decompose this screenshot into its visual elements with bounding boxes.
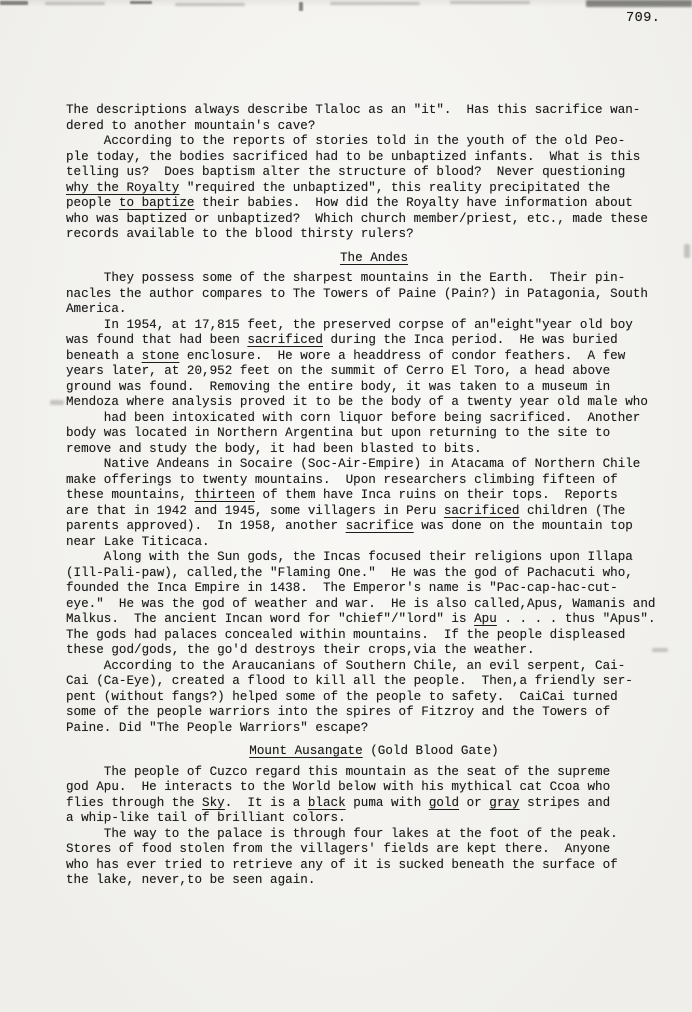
text-line: why the Royalty "required the unbaptized… [66, 181, 662, 197]
scan-artifact [50, 400, 64, 405]
text-run: America. [66, 302, 126, 316]
text-run: these god/gods, the go'd destroys their … [66, 643, 535, 657]
text-run: eye." He was the god of weather and war.… [66, 597, 655, 611]
underlined-text: Apu [474, 612, 497, 626]
text-line: body was located in Northern Argentina b… [66, 426, 662, 442]
text-run: Along with the Sun gods, the Incas focus… [66, 550, 633, 564]
text-run: are that in 1942 and 1945, some villager… [66, 504, 444, 518]
text-run: make offerings to twenty mountains. Upon… [66, 473, 618, 487]
paragraph: They possess some of the sharpest mounta… [66, 271, 662, 318]
text-run: . It is a [225, 796, 308, 810]
underlined-text: sacrificed [444, 504, 520, 518]
scan-artifact [175, 3, 245, 6]
text-line: Stores of food stolen from the villagers… [66, 842, 662, 858]
text-line: In 1954, at 17,815 feet, the preserved c… [66, 318, 662, 334]
text-line: was found that had been sacrificed durin… [66, 333, 662, 349]
underlined-text: to baptize [119, 196, 195, 210]
text-run: The gods had palaces concealed within mo… [66, 628, 625, 642]
text-line: Paine. Did "The People Warriors" escape? [66, 721, 662, 737]
text-run: They possess some of the sharpest mounta… [66, 271, 625, 285]
text-line: eye." He was the god of weather and war.… [66, 597, 662, 613]
section-heading: Mount Ausangate (Gold Blood Gate) [76, 744, 672, 760]
scan-artifact [45, 2, 105, 5]
text-line: some of the people warriors into the spi… [66, 705, 662, 721]
text-run: had been intoxicated with corn liquor be… [66, 411, 640, 425]
scan-artifact [450, 1, 530, 4]
text-line: telling us? Does baptism alter the struc… [66, 165, 662, 181]
text-line: flies through the Sky. It is a black pum… [66, 796, 662, 812]
text-line: Cai (Ca-Eye), created a flood to kill al… [66, 674, 662, 690]
text-run: body was located in Northern Argentina b… [66, 426, 610, 440]
text-run: during the Inca period. He was buried [323, 333, 618, 347]
underlined-text: sacrificed [247, 333, 323, 347]
underlined-text: sacrifice [346, 519, 414, 533]
paragraph: According to the reports of stories told… [66, 134, 662, 243]
underlined-text: why the Royalty [66, 181, 179, 195]
text-line: The gods had palaces concealed within mo… [66, 628, 662, 644]
text-line: The descriptions always describe Tlaloc … [66, 103, 662, 119]
text-line: parents approved). In 1958, another sacr… [66, 519, 662, 535]
underlined-text: Sky [202, 796, 225, 810]
paragraph: The descriptions always describe Tlaloc … [66, 103, 662, 134]
text-run: Paine. Did "The People Warriors" escape? [66, 721, 368, 735]
text-run: telling us? Does baptism alter the struc… [66, 165, 625, 179]
text-run: parents approved). In 1958, another [66, 519, 346, 533]
text-line: nacles the author compares to The Towers… [66, 287, 662, 303]
text-run: their babies. How did the Royalty have i… [194, 196, 632, 210]
text-line: America. [66, 302, 662, 318]
text-run: stripes and [520, 796, 611, 810]
text-run: Stores of food stolen from the villagers… [66, 842, 610, 856]
text-run: Malkus. The ancient Incan word for "chie… [66, 612, 474, 626]
text-line: beneath a stone enclosure. He wore a hea… [66, 349, 662, 365]
text-line: pent (without fangs?) helped some of the… [66, 690, 662, 706]
text-run: remove and study the body, it had been b… [66, 442, 482, 456]
scan-artifact [586, 0, 692, 7]
text-line: these god/gods, the go'd destroys their … [66, 643, 662, 659]
underlined-text: Mount Ausangate [249, 744, 362, 758]
text-run: flies through the [66, 796, 202, 810]
text-line: years later, at 20,952 feet on the summi… [66, 364, 662, 380]
text-run: of them have Inca ruins on their tops. R… [255, 488, 618, 502]
text-line: Along with the Sun gods, the Incas focus… [66, 550, 662, 566]
text-run: or [459, 796, 489, 810]
page-number: 709. [626, 11, 660, 26]
text-line: They possess some of the sharpest mounta… [66, 271, 662, 287]
text-run: . . . . thus "Apus". [497, 612, 656, 626]
text-run: years later, at 20,952 feet on the summi… [66, 364, 610, 378]
text-run: enclosure. He wore a headdress of condor… [179, 349, 625, 363]
text-run: In 1954, at 17,815 feet, the preserved c… [66, 318, 633, 332]
paragraph: The way to the palace is through four la… [66, 827, 662, 889]
underlined-text: gray [489, 796, 519, 810]
text-run: Native Andeans in Socaire (Soc-Air-Empir… [66, 457, 640, 471]
heading-line: The Andes [76, 251, 672, 267]
text-line: Native Andeans in Socaire (Soc-Air-Empir… [66, 457, 662, 473]
text-line: founded the Inca Empire in 1438. The Emp… [66, 581, 662, 597]
paragraph: According to the Araucanians of Southern… [66, 659, 662, 737]
text-run: founded the Inca Empire in 1438. The Emp… [66, 581, 618, 595]
scan-artifact [0, 1, 28, 5]
text-line: the lake, never,to be seen again. [66, 873, 662, 889]
text-run: The way to the palace is through four la… [66, 827, 618, 841]
text-run: Mendoza where analysis proved it to be t… [66, 395, 648, 409]
text-run: "required the unbaptized", this reality … [179, 181, 610, 195]
text-line: ground was found. Removing the entire bo… [66, 380, 662, 396]
text-line: The people of Cuzco regard this mountain… [66, 765, 662, 781]
text-run: near Lake Titicaca. [66, 535, 210, 549]
text-run: was found that had been [66, 333, 247, 347]
text-line: Malkus. The ancient Incan word for "chie… [66, 612, 662, 628]
text-run: dered to another mountain's cave? [66, 119, 315, 133]
text-line: remove and study the body, it had been b… [66, 442, 662, 458]
text-run: people [66, 196, 119, 210]
text-run: god Apu. He interacts to the World below… [66, 780, 610, 794]
underlined-text: The Andes [340, 251, 408, 265]
text-line: who has ever tried to retrieve any of it… [66, 858, 662, 874]
scan-artifact [330, 2, 420, 5]
text-run: According to the reports of stories told… [66, 134, 625, 148]
text-run: (Gold Blood Gate) [363, 744, 499, 758]
section-heading: The Andes [76, 251, 672, 267]
text-line: who was baptized or unbaptized? Which ch… [66, 212, 662, 228]
paragraph: The people of Cuzco regard this mountain… [66, 765, 662, 827]
text-run: puma with [346, 796, 429, 810]
text-run: The people of Cuzco regard this mountain… [66, 765, 610, 779]
text-run: Cai (Ca-Eye), created a flood to kill al… [66, 674, 633, 688]
text-line: god Apu. He interacts to the World below… [66, 780, 662, 796]
paragraph: Native Andeans in Socaire (Soc-Air-Empir… [66, 457, 662, 550]
text-run: beneath a [66, 349, 142, 363]
text-line: ple today, the bodies sacrificed had to … [66, 150, 662, 166]
text-run: According to the Araucanians of Southern… [66, 659, 625, 673]
text-line: are that in 1942 and 1945, some villager… [66, 504, 662, 520]
underlined-text: stone [142, 349, 180, 363]
text-run: The descriptions always describe Tlaloc … [66, 103, 640, 117]
text-run: children (The [519, 504, 625, 518]
text-run: records available to the blood thirsty r… [66, 227, 414, 241]
underlined-text: gold [429, 796, 459, 810]
document-text: The descriptions always describe Tlaloc … [66, 103, 662, 889]
text-line: According to the reports of stories told… [66, 134, 662, 150]
text-run: pent (without fangs?) helped some of the… [66, 690, 618, 704]
underlined-text: thirteen [194, 488, 254, 502]
scan-artifact [299, 2, 303, 11]
text-run: was done on the mountain top [414, 519, 633, 533]
text-run: ground was found. Removing the entire bo… [66, 380, 610, 394]
document-page: 709. The descriptions always describe Tl… [0, 0, 692, 1012]
text-line: dered to another mountain's cave? [66, 119, 662, 135]
text-line: make offerings to twenty mountains. Upon… [66, 473, 662, 489]
text-run: the lake, never,to be seen again. [66, 873, 315, 887]
text-line: The way to the palace is through four la… [66, 827, 662, 843]
text-line: Mendoza where analysis proved it to be t… [66, 395, 662, 411]
text-run: ple today, the bodies sacrificed had to … [66, 150, 640, 164]
scan-artifact [130, 1, 152, 4]
text-line: near Lake Titicaca. [66, 535, 662, 551]
text-run: these mountains, [66, 488, 194, 502]
text-line: these mountains, thirteen of them have I… [66, 488, 662, 504]
paragraph: Along with the Sun gods, the Incas focus… [66, 550, 662, 659]
text-line: According to the Araucanians of Southern… [66, 659, 662, 675]
text-line: a whip-like tail of brilliant colors. [66, 811, 662, 827]
text-run: a whip-like tail of brilliant colors. [66, 811, 346, 825]
text-run: (Ill-Pali-paw), called,the "Flaming One.… [66, 566, 633, 580]
text-line: records available to the blood thirsty r… [66, 227, 662, 243]
text-run: who was baptized or unbaptized? Which ch… [66, 212, 648, 226]
heading-line: Mount Ausangate (Gold Blood Gate) [76, 744, 672, 760]
underlined-text: black [308, 796, 346, 810]
text-line: (Ill-Pali-paw), called,the "Flaming One.… [66, 566, 662, 582]
text-line: people to baptize their babies. How did … [66, 196, 662, 212]
text-run: some of the people warriors into the spi… [66, 705, 610, 719]
scan-artifact [684, 244, 690, 258]
text-line: had been intoxicated with corn liquor be… [66, 411, 662, 427]
text-run: nacles the author compares to The Towers… [66, 287, 648, 301]
paragraph: In 1954, at 17,815 feet, the preserved c… [66, 318, 662, 458]
text-run: who has ever tried to retrieve any of it… [66, 858, 618, 872]
